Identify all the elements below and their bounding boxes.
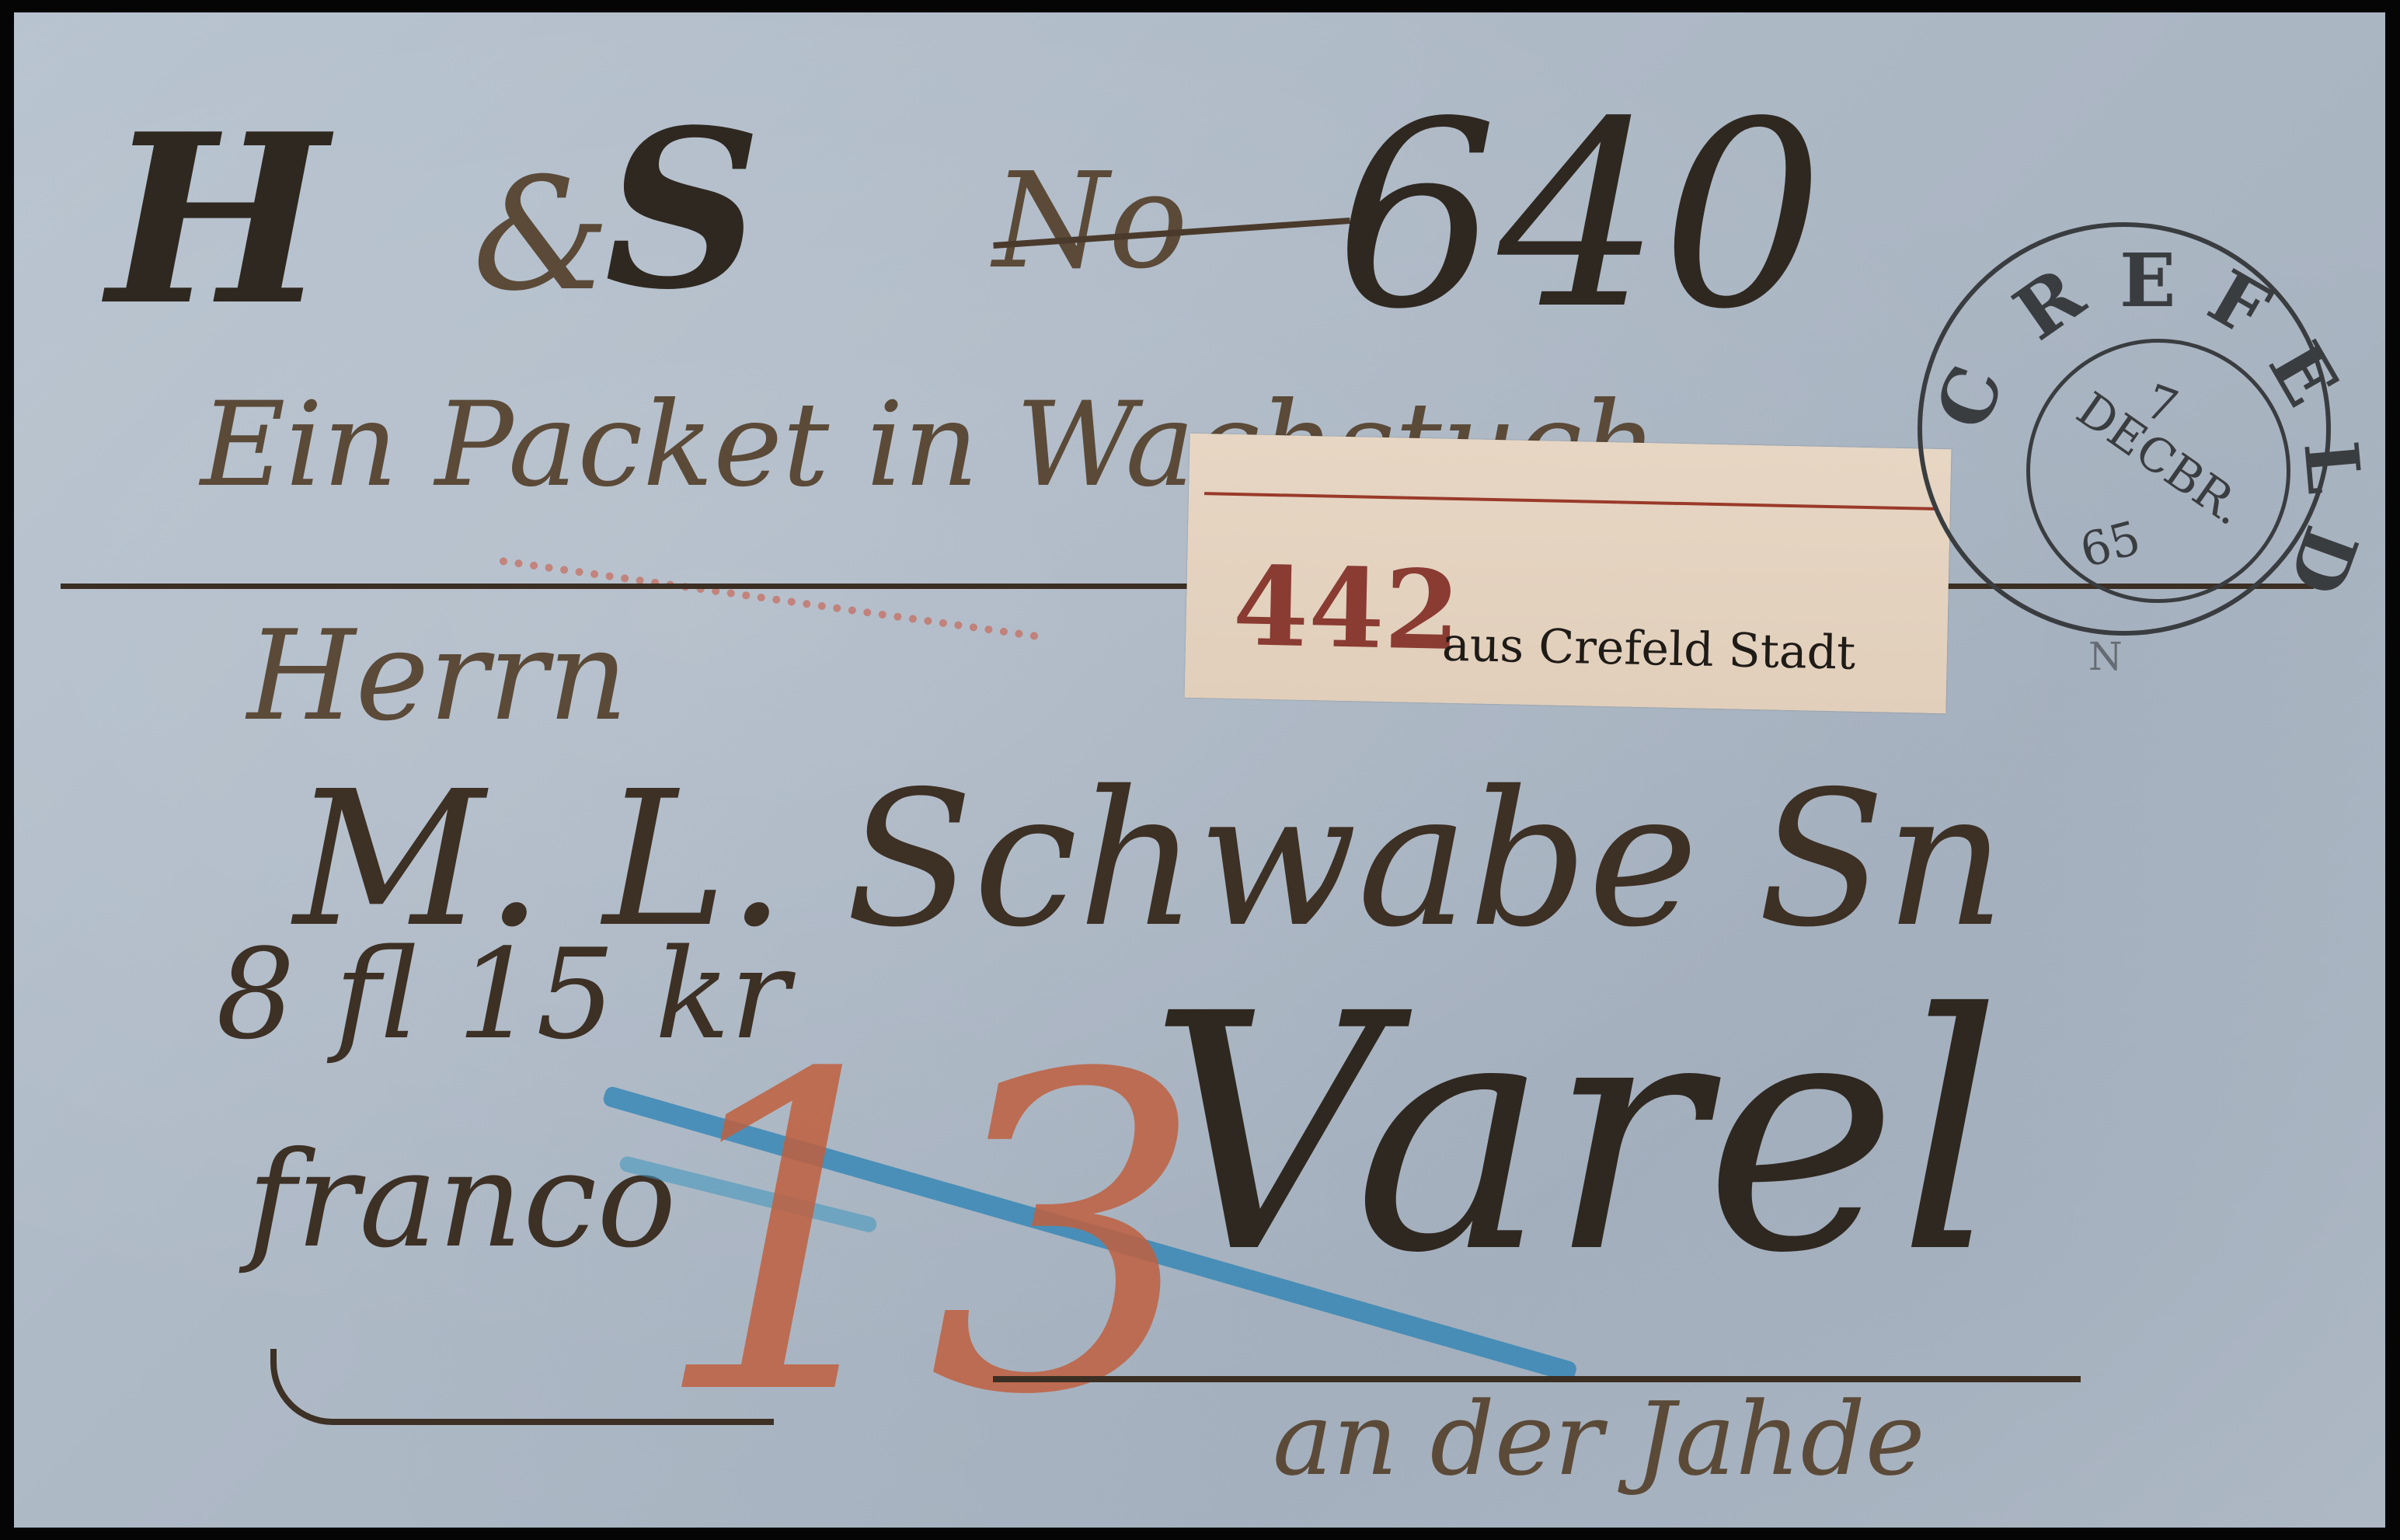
label-number: 442 [1231,543,1461,675]
postmark-bottom-letter: N [2088,634,2123,679]
label-origin-text: aus Crefeld Stadt [1441,618,1856,681]
handwritten-number: 640 [1335,67,1824,365]
handwritten-initial-h: H [107,82,327,357]
handwritten-number-prefix: No [993,145,1188,298]
handwritten-destination-sub: an der Jahde [1273,1380,1925,1498]
envelope: H & S No 640 Ein Packet in Wachstuch Her… [14,12,2385,1528]
handwritten-franco: franco [247,1124,677,1277]
handwritten-destination-city: Varel [1148,945,2002,1325]
handwritten-initial-s: S [604,82,761,338]
postmark-letter: E [2120,238,2175,324]
handwritten-ampersand: & [472,145,611,326]
postmark-letter: L [2287,437,2377,496]
underline-divider [61,584,1195,589]
image-frame: H & S No 640 Ein Packet in Wachstuch Her… [0,0,2400,1540]
red-crayon-numeral: 13 [651,984,1205,1490]
handwritten-salutation: Herrn [247,603,628,748]
registration-label: 442 aus Crefeld Stadt [1185,434,1952,713]
label-red-rule [1204,492,1935,510]
